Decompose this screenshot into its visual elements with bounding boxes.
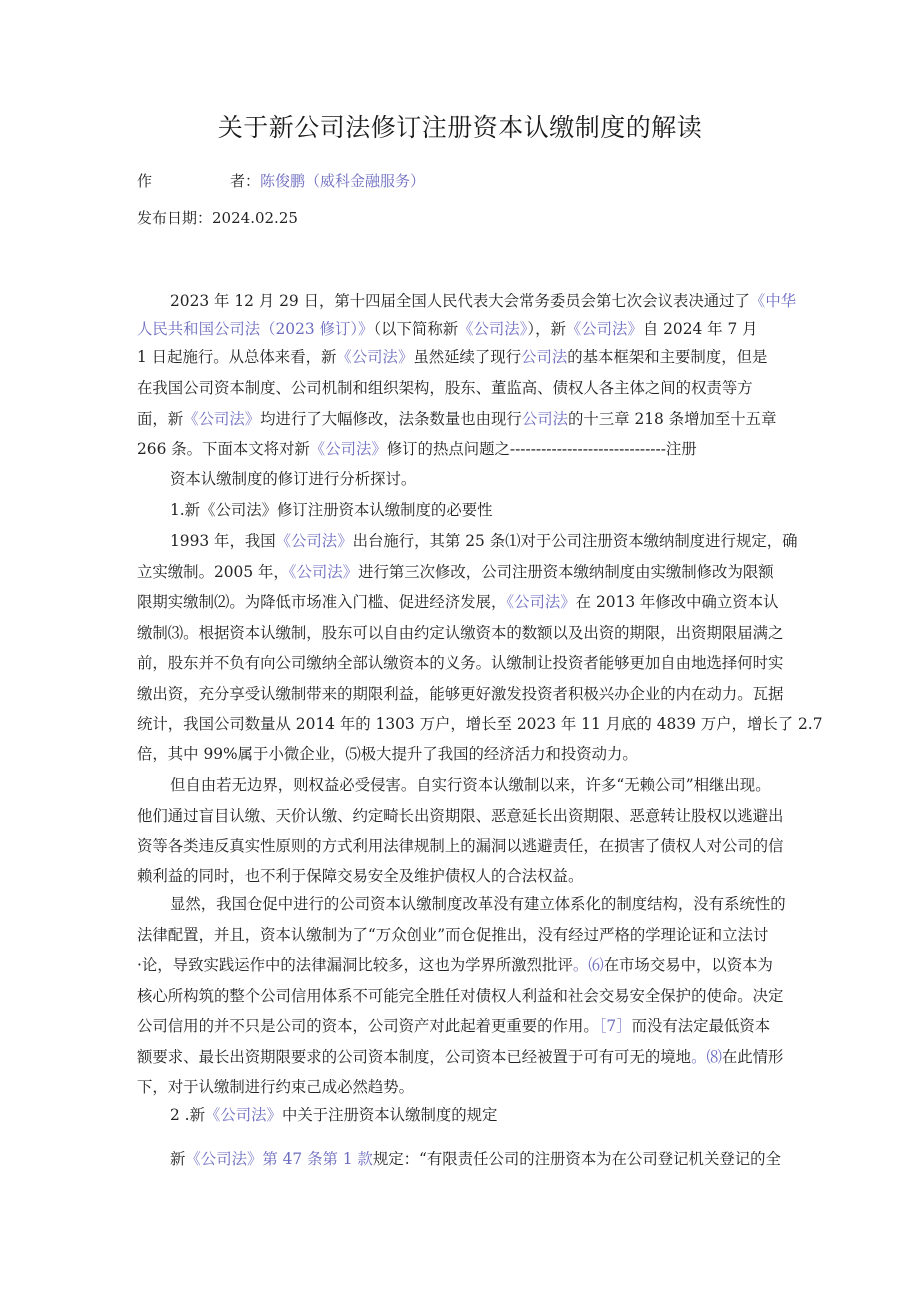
text-segment: 面，新 [137, 410, 183, 428]
text-segment: 1993 年，我国 [170, 532, 276, 550]
law-reference-link[interactable]: 《公司法》 [183, 410, 260, 428]
text-segment: 核心所构筑的整个公司信用体系不可能完全胜任对债权人利益和社会交易安全保护的使命。… [137, 987, 783, 1005]
text-segment: 法律配置，并且，资本认缴制为了“万众创业”而仓促推出，没有经过严格的学理论证和立… [137, 926, 768, 944]
text-line: 1.新《公司法》修订注册资本认缴制度的必要性 [170, 500, 493, 520]
text-segment: 进行第三次修改，公司注册资本缴纳制度由实缴制修改为限额 [358, 563, 774, 581]
text-segment: 规定：“有限责任公司的注册资本为在公司登记机关登记的全 [373, 1150, 781, 1168]
text-segment: 他们通过盲目认缴、天价认缴、约定畸长出资期限、恶意延长出资期限、恶意转让股权以逃… [137, 807, 783, 825]
text-line: 资等各类违反真实性原则的方式利用法律规制上的漏洞以逃避责任，在损害了债权人对公司… [137, 836, 783, 856]
text-line: 前，股东并不负有向公司缴纳全部认缴资本的义务。认缴制让投资者能够更加自由地选择何… [137, 653, 783, 673]
text-line: 赖利益的同时，也不利于保障交易安全及维护债权人的合法权益。 [137, 866, 583, 886]
text-line: 面，新《公司法》均进行了大幅修改，法条数量也由现行公司法的十三章 218 条增加… [137, 409, 776, 429]
author-label-tail: 者： [230, 172, 260, 190]
text-line: ·论，导致实践运作中的法律漏洞比较多，这也为学界所激烈批评。⑹在市场交易中，以资… [137, 955, 773, 975]
law-reference-link[interactable]: 《中华 [750, 292, 796, 310]
text-segment: 1.新《公司法》修订注册资本认缴制度的必要性 [170, 501, 493, 519]
law-reference-link[interactable]: 《公司法》 [289, 563, 358, 581]
text-line: 新《公司法》第 47 条第 1 款规定：“有限责任公司的注册资本为在公司登记机关… [170, 1149, 781, 1169]
author-label: 作 [137, 172, 152, 190]
law-reference-link[interactable]: ［7］ [599, 1017, 632, 1035]
text-line: 资本认缴制度的修订进行分析探讨。 [170, 469, 416, 489]
law-reference-link[interactable]: 《公司法》 [276, 532, 353, 550]
text-segment: 统计，我国公司数量从 2014 年的 1303 万户，增长至 2023 年 11… [137, 715, 823, 733]
text-segment: 前，股东并不负有向公司缴纳全部认缴资本的义务。认缴制让投资者能够更加自由地选择何… [137, 654, 783, 672]
text-segment: 在此情形 [722, 1048, 784, 1066]
law-reference-link[interactable]: 《公司法》 [336, 348, 413, 366]
date-label: 发布日期： [137, 209, 212, 227]
text-line: 统计，我国公司数量从 2014 年的 1303 万户，增长至 2023 年 11… [137, 714, 823, 734]
text-segment: 2 .新 [170, 1106, 205, 1124]
date-line: 发布日期：2024.02.25 [137, 207, 298, 228]
document-title: 关于新公司法修订注册资本认缴制度的解读 [0, 108, 920, 144]
text-segment: 修订的热点问题之------------------------------注册 [387, 440, 697, 458]
text-segment: 在 2013 年修改中确立资本认 [576, 593, 779, 611]
text-segment: 倍，其中 99%属于小微企业，⑸极大提升了我国的经济活力和投资动力。 [137, 745, 638, 763]
text-line: 法律配置，并且，资本认缴制为了“万众创业”而仓促推出，没有经过严格的学理论证和立… [137, 925, 768, 945]
text-segment: （以下简称新 [373, 320, 458, 338]
text-line: 但自由若无边界，则权益必受侵害。自实行资本认缴制以来，许多“无赖公司”相继出现。 [170, 775, 771, 795]
text-line: 人民共和国公司法（2023 修订）》（以下简称新《公司法》），新《公司法》自 2… [137, 319, 758, 339]
text-segment: 立实缴制。2005 年， [137, 563, 289, 581]
text-segment: ·论，导致实践运作中的法律漏洞比较多，这也为学界所激烈批评 [137, 956, 573, 974]
text-line: 2023 年 12 月 29 日，第十四届全国人民代表大会常务委员会第七次会议表… [170, 291, 796, 311]
author-link[interactable]: 陈俊鹏（威科金融服务） [260, 172, 425, 190]
text-line: 2 .新《公司法》中关于注册资本认缴制度的规定 [170, 1105, 497, 1125]
text-segment: 自 2024 年 7 月 [643, 320, 758, 338]
text-line: 266 条。下面本文将对新《公司法》修订的热点问题之--------------… [137, 439, 697, 459]
law-reference-link[interactable]: 。⑹ [573, 956, 604, 974]
author-line: 作者：陈俊鹏（威科金融服务） [137, 170, 425, 191]
text-segment: 显然，我国仓促中进行的公司资本认缴制度改革没有建立体系化的制度结构，没有系统性的 [170, 895, 786, 913]
text-line: 1 日起施行。从总体来看，新《公司法》虽然延续了现行公司法的基本框架和主要制度，… [137, 347, 767, 367]
law-reference-link[interactable]: 《公司法》 [506, 593, 575, 611]
text-segment: 在市场交易中，以资本为 [604, 956, 773, 974]
text-line: 倍，其中 99%属于小微企业，⑸极大提升了我国的经济活力和投资动力。 [137, 744, 638, 764]
text-segment: 均进行了大幅修改，法条数量也由现行 [260, 410, 522, 428]
text-segment: 公司信用的并不只是公司的资本，公司资产对此起着更重要的作用。 [137, 1017, 599, 1035]
text-segment: 额要求、最长出资期限要求的公司资本制度，公司资本已经被置于可有可无的境地 [137, 1048, 691, 1066]
text-line: 额要求、最长出资期限要求的公司资本制度，公司资本已经被置于可有可无的境地。⑻在此… [137, 1047, 783, 1067]
text-segment: 虽然延续了现行 [413, 348, 521, 366]
text-line: 缴出资，充分享受认缴制带来的期限利益，能够更好激发投资者积极兴办企业的内在动力。… [137, 684, 783, 704]
law-reference-link[interactable]: 公司法 [521, 348, 567, 366]
text-line: 公司信用的并不只是公司的资本，公司资产对此起着更重要的作用。［7］而没有法定最低… [137, 1016, 770, 1036]
text-segment: 266 条。下面本文将对新 [137, 440, 310, 458]
text-segment: 出台施行，其第 25 条⑴对于公司注册资本缴纳制度进行规定，确 [353, 532, 798, 550]
text-segment: 的十三章 218 条增加至十五章 [568, 410, 776, 428]
text-segment: 缴制⑶。根据资本认缴制，股东可以自由约定认缴资本的数额以及出资的期限，出资期限届… [137, 624, 783, 642]
law-reference-link[interactable]: 《公司法》第 47 条第 1 款 [185, 1150, 372, 1168]
text-line: 限期实缴制⑵。为降低市场准入门槛、促进经济发展，《公司法》在 2013 年修改中… [137, 592, 779, 612]
law-reference-link[interactable]: 。⑻ [691, 1048, 722, 1066]
text-segment: 1 日起施行。从总体来看，新 [137, 348, 336, 366]
date-value: 2024.02.25 [212, 209, 298, 227]
text-segment: 资本认缴制度的修订进行分析探讨。 [170, 470, 416, 488]
text-line: 1993 年，我国《公司法》出台施行，其第 25 条⑴对于公司注册资本缴纳制度进… [170, 531, 798, 551]
text-line: 核心所构筑的整个公司信用体系不可能完全胜任对债权人利益和社会交易安全保护的使命。… [137, 986, 783, 1006]
law-reference-link[interactable]: 《公司法》 [566, 320, 643, 338]
text-segment: 新 [170, 1150, 185, 1168]
text-segment: 限期实缴制⑵。为降低市场准入门槛、促进经济发展， [137, 593, 506, 611]
document-page: 关于新公司法修订注册资本认缴制度的解读 作者：陈俊鹏（威科金融服务） 发布日期：… [0, 0, 920, 1301]
text-segment: 2023 年 12 月 29 日，第十四届全国人民代表大会常务委员会第七次会议表… [170, 292, 750, 310]
law-reference-link[interactable]: 公司法 [522, 410, 568, 428]
law-reference-link[interactable]: 《公司法》 [310, 440, 387, 458]
text-line: 下，对于认缴制进行约束己成必然趋势。 [137, 1077, 414, 1097]
text-line: 立实缴制。2005 年，《公司法》进行第三次修改，公司注册资本缴纳制度由实缴制修… [137, 562, 774, 582]
law-reference-link[interactable]: 《公司法》 [458, 320, 527, 338]
text-segment: 而没有法定最低资本 [632, 1017, 771, 1035]
law-reference-link[interactable]: 《公司法》 [205, 1106, 282, 1124]
text-segment: 中关于注册资本认缴制度的规定 [282, 1106, 497, 1124]
law-reference-link[interactable]: 人民共和国公司法（2023 修订）》 [137, 320, 373, 338]
text-line: 缴制⑶。根据资本认缴制，股东可以自由约定认缴资本的数额以及出资的期限，出资期限届… [137, 623, 783, 643]
text-segment: 下，对于认缴制进行约束己成必然趋势。 [137, 1078, 414, 1096]
text-segment: 赖利益的同时，也不利于保障交易安全及维护债权人的合法权益。 [137, 867, 583, 885]
text-line: 显然，我国仓促中进行的公司资本认缴制度改革没有建立体系化的制度结构，没有系统性的 [170, 894, 786, 914]
text-line: 在我国公司资本制度、公司机制和组织架构，股东、董监高、债权人各主体之间的权责等方 [137, 378, 753, 398]
text-segment: 但自由若无边界，则权益必受侵害。自实行资本认缴制以来，许多“无赖公司”相继出现。 [170, 776, 771, 794]
text-segment: ），新 [527, 320, 565, 338]
text-segment: 资等各类违反真实性原则的方式利用法律规制上的漏洞以逃避责任，在损害了债权人对公司… [137, 837, 783, 855]
text-segment: 缴出资，充分享受认缴制带来的期限利益，能够更好激发投资者积极兴办企业的内在动力。… [137, 685, 783, 703]
text-segment: 在我国公司资本制度、公司机制和组织架构，股东、董监高、债权人各主体之间的权责等方 [137, 379, 753, 397]
text-line: 他们通过盲目认缴、天价认缴、约定畸长出资期限、恶意延长出资期限、恶意转让股权以逃… [137, 806, 783, 826]
text-segment: 的基本框架和主要制度，但是 [567, 348, 767, 366]
